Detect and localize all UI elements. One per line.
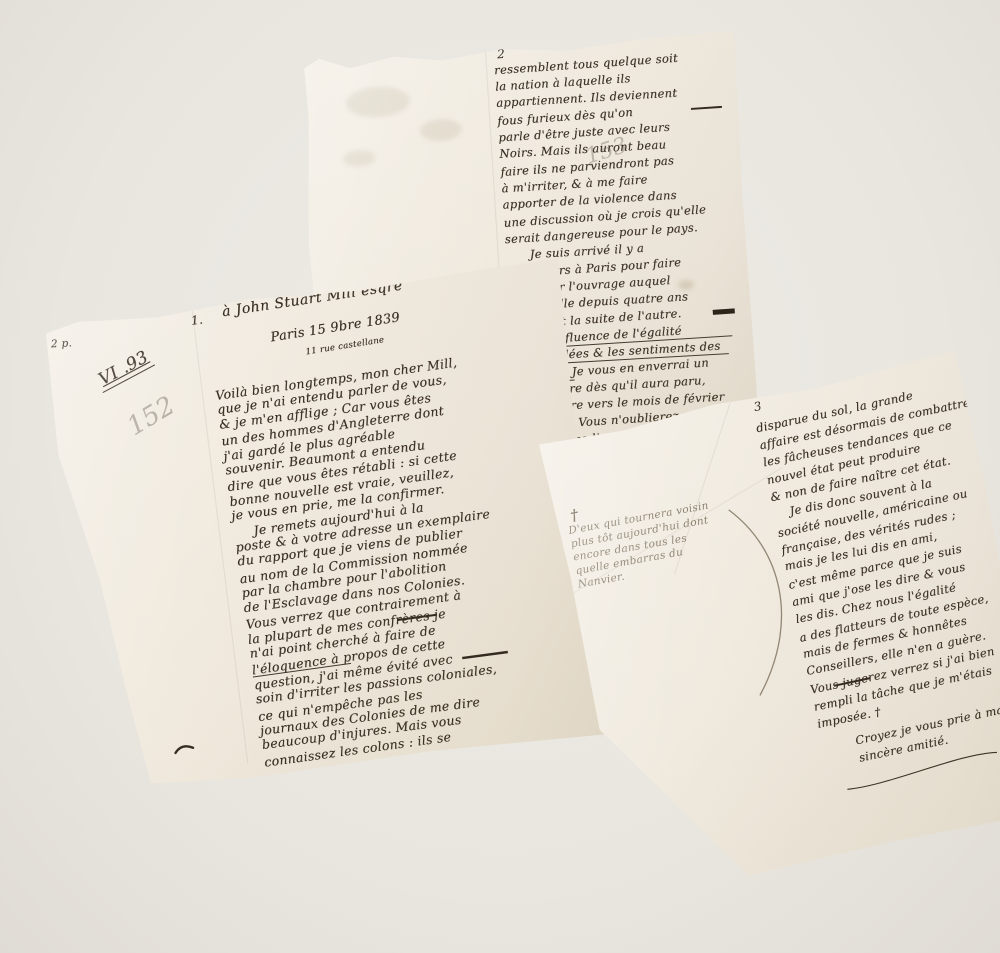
page-number: 3 <box>752 399 762 414</box>
item-number: 1. <box>190 312 204 327</box>
letter-text-column: Voilà bien longtemps, mon cher Mill,que … <box>214 344 592 769</box>
manuscript-page-3: 3 † D'eux qui tournera voisinplus tôt au… <box>538 351 1000 900</box>
pagination-note: 2 p. <box>51 337 73 350</box>
show-through-stain <box>419 118 462 143</box>
letter-address-line: 11 rue castellane <box>305 335 385 357</box>
show-through-stain <box>343 149 376 167</box>
manuscript-page-1: 2 p. 1. à John Stuart Mill esqre Paris 1… <box>42 259 616 797</box>
catalog-mark: VI .93 <box>93 346 156 393</box>
pencil-folio-number: 152 <box>122 391 180 442</box>
photograph-of-manuscript-letters: 2 153 ressemblent tous quelque soitla na… <box>0 0 1000 953</box>
page-number: 2 <box>497 47 506 61</box>
show-through-stain <box>345 85 411 119</box>
ink-caret-mark <box>172 741 195 756</box>
letter-text-column: disparue du sol, la grandeaffaire est dé… <box>754 378 1000 733</box>
faint-marginal-note: D'eux qui tournera voisinplus tôt aujour… <box>567 494 754 593</box>
